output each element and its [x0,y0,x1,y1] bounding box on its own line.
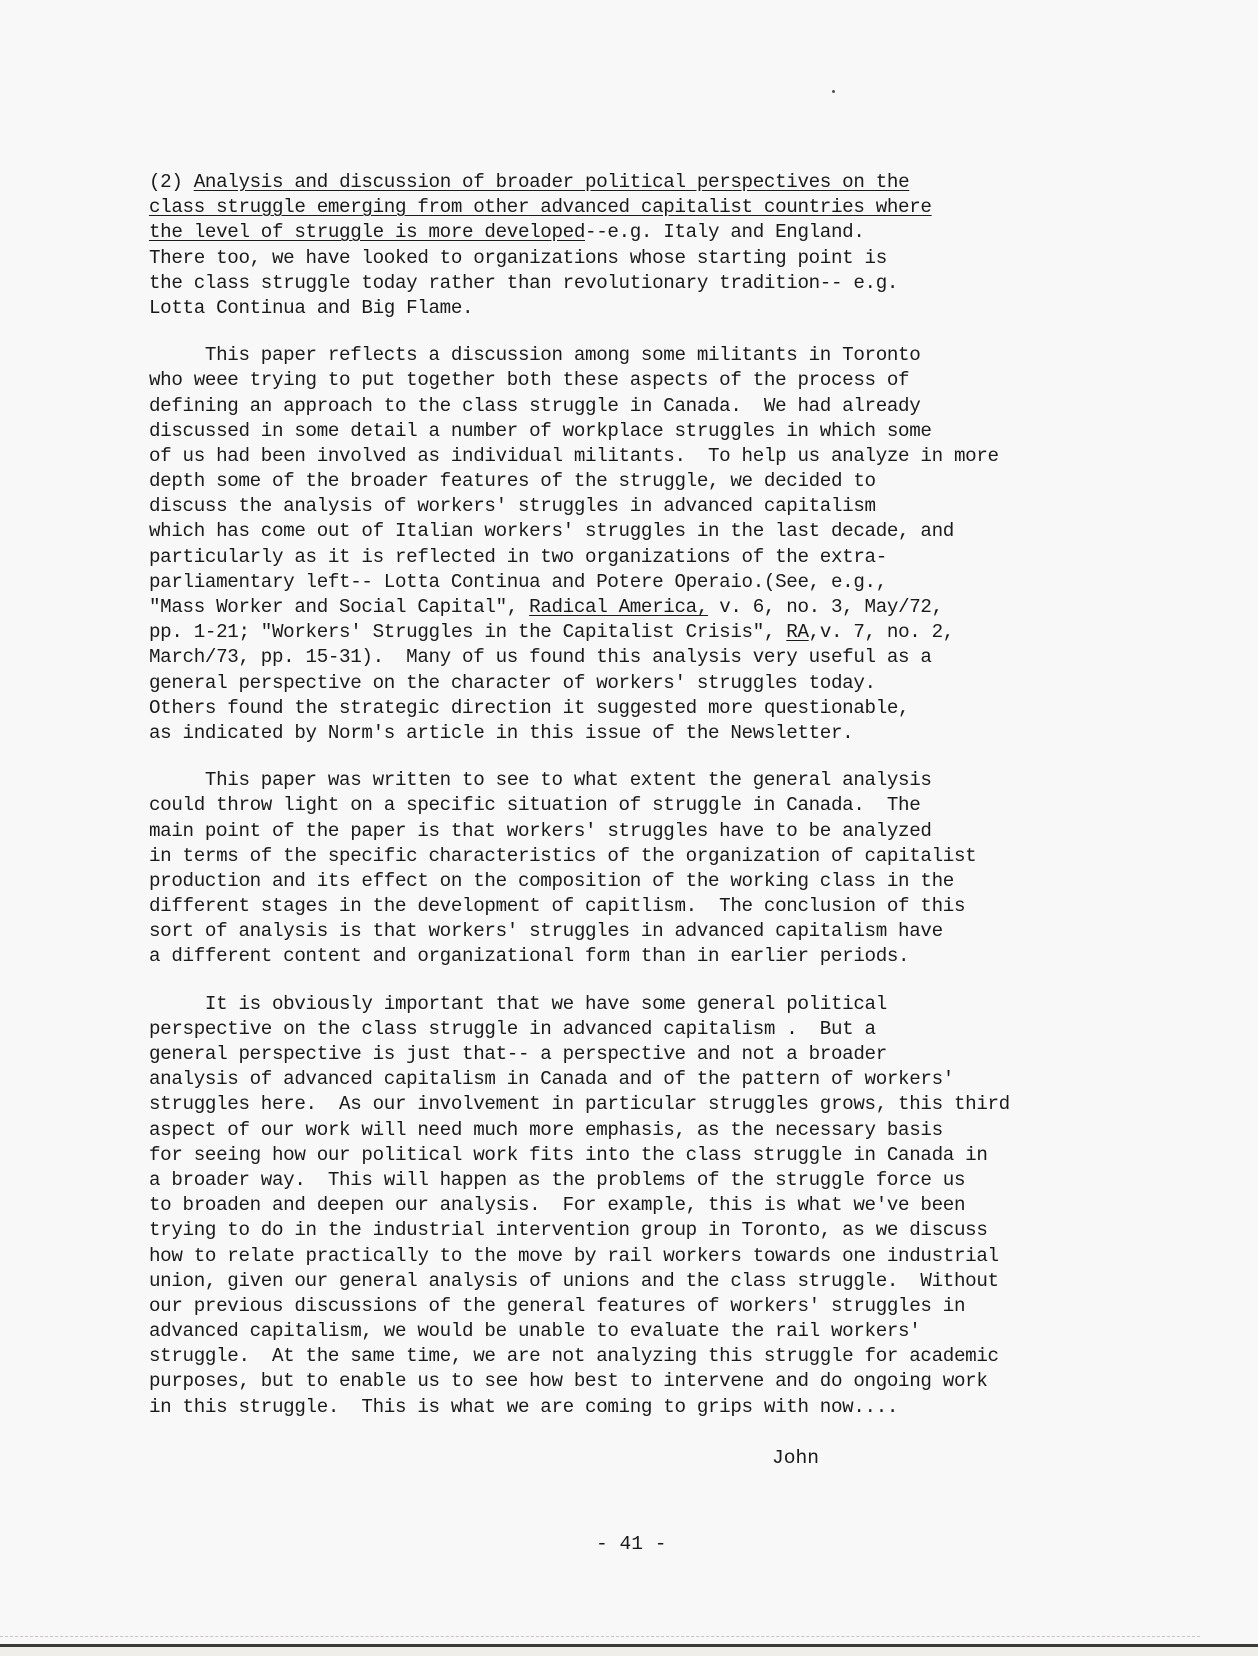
line-text: discuss the analysis of workers' struggl… [149,495,876,517]
paragraph-gap [149,746,1129,768]
line-text: particularly as it is reflected in two o… [149,546,887,568]
text-line: general perspective is just that-- a per… [149,1042,1129,1067]
text-line: advanced capitalism, we would be unable … [149,1319,1129,1344]
line-text: to broaden and deepen our analysis. For … [149,1194,965,1216]
text-line: in this struggle. This is what we are co… [149,1395,1129,1420]
line-text: This paper reflects a discussion among s… [149,344,920,366]
line-text: advanced capitalism, we would be unable … [149,1320,920,1342]
author-signature: John [772,1447,819,1469]
bleed-through-line [0,1636,1200,1637]
paragraph-gap [149,321,1129,343]
text-line: Lotta Continua and Big Flame. [149,296,1129,321]
line-text: perspective on the class struggle in adv… [149,1018,876,1040]
line-text: general perspective is just that-- a per… [149,1043,887,1065]
line-text: March/73, pp. 15-31). Many of us found t… [149,646,932,668]
line-text: as indicated by Norm's article in this i… [149,722,853,744]
text-line: discussed in some detail a number of wor… [149,419,1129,444]
text-line: the class struggle today rather than rev… [149,271,1129,296]
text-line: analysis of advanced capitalism in Canad… [149,1067,1129,1092]
line-text: who weee trying to put together both the… [149,369,909,391]
speck-mark [832,90,835,93]
paragraph: This paper reflects a discussion among s… [149,343,1129,746]
text-line: how to relate practically to the move by… [149,1244,1129,1269]
line-text: how to relate practically to the move by… [149,1245,999,1267]
line-text: pp. 1-21; "Workers' Struggles in the Cap… [149,621,786,643]
line-text: "Mass Worker and Social Capital", [149,596,529,618]
text-line: a different content and organizational f… [149,944,1129,969]
paragraph: This paper was written to see to what ex… [149,768,1129,970]
text-line: in terms of the specific characteristics… [149,844,1129,869]
line-text: a broader way. This will happen as the p… [149,1169,965,1191]
text-line: class struggle emerging from other advan… [149,195,1129,220]
background-below-page [0,1647,1258,1656]
text-line: Others found the strategic direction it … [149,696,1129,721]
text-line: particularly as it is reflected in two o… [149,545,1129,570]
text-line: different stages in the development of c… [149,894,1129,919]
text-line: sort of analysis is that workers' strugg… [149,919,1129,944]
text-line: as indicated by Norm's article in this i… [149,721,1129,746]
line-text: in this struggle. This is what we are co… [149,1396,898,1418]
underlined-text: Analysis and discussion of broader polit… [194,171,910,193]
line-text: which has come out of Italian workers' s… [149,520,954,542]
paragraph: (2) Analysis and discussion of broader p… [149,170,1129,321]
text-line: This paper was written to see to what ex… [149,768,1129,793]
line-text: --e.g. Italy and England. [585,221,865,243]
line-text: sort of analysis is that workers' strugg… [149,920,943,942]
text-line: depth some of the broader features of th… [149,469,1129,494]
text-line: struggle. At the same time, we are not a… [149,1344,1129,1369]
line-text: for seeing how our political work fits i… [149,1144,988,1166]
text-line: who weee trying to put together both the… [149,368,1129,393]
text-line: discuss the analysis of workers' struggl… [149,494,1129,519]
text-line: for seeing how our political work fits i… [149,1143,1129,1168]
line-text: There too, we have looked to organizatio… [149,247,887,269]
text-line: aspect of our work will need much more e… [149,1118,1129,1143]
line-text: main point of the paper is that workers'… [149,820,932,842]
line-text: parliamentary left-- Lotta Continua and … [149,571,887,593]
line-text: our previous discussions of the general … [149,1295,965,1317]
text-line: (2) Analysis and discussion of broader p… [149,170,1129,195]
text-line: general perspective on the character of … [149,671,1129,696]
line-text: purposes, but to enable us to see how be… [149,1370,988,1392]
text-line: of us had been involved as individual mi… [149,444,1129,469]
line-text: the class struggle today rather than rev… [149,272,898,294]
text-line: perspective on the class struggle in adv… [149,1017,1129,1042]
text-line: which has come out of Italian workers' s… [149,519,1129,544]
line-text: struggles here. As our involvement in pa… [149,1093,1010,1115]
line-text: analysis of advanced capitalism in Canad… [149,1068,954,1090]
line-text: trying to do in the industrial intervent… [149,1219,988,1241]
line-text: (2) [149,171,194,193]
underlined-text: Radical America, [529,596,708,618]
text-line: This paper reflects a discussion among s… [149,343,1129,368]
text-line: pp. 1-21; "Workers' Struggles in the Cap… [149,620,1129,645]
line-text: in terms of the specific characteristics… [149,845,976,867]
line-text: could throw light on a specific situatio… [149,794,920,816]
text-line: our previous discussions of the general … [149,1294,1129,1319]
text-line: struggles here. As our involvement in pa… [149,1092,1129,1117]
text-line: There too, we have looked to organizatio… [149,246,1129,271]
line-text: Lotta Continua and Big Flame. [149,297,473,319]
line-text: struggle. At the same time, we are not a… [149,1345,999,1367]
body-text: (2) Analysis and discussion of broader p… [149,170,1129,1420]
underlined-text: the level of struggle is more developed [149,221,585,243]
line-text: defining an approach to the class strugg… [149,395,920,417]
line-text: Others found the strategic direction it … [149,697,909,719]
line-text: depth some of the broader features of th… [149,470,876,492]
text-line: March/73, pp. 15-31). Many of us found t… [149,645,1129,670]
text-line: could throw light on a specific situatio… [149,793,1129,818]
line-text: It is obviously important that we have s… [149,993,887,1015]
page-number: - 41 - [596,1533,667,1555]
line-text: aspect of our work will need much more e… [149,1119,943,1141]
paragraph-gap [149,970,1129,992]
line-text: discussed in some detail a number of wor… [149,420,932,442]
text-line: to broaden and deepen our analysis. For … [149,1193,1129,1218]
text-line: the level of struggle is more developed-… [149,220,1129,245]
text-line: main point of the paper is that workers'… [149,819,1129,844]
text-line: purposes, but to enable us to see how be… [149,1369,1129,1394]
text-line: union, given our general analysis of uni… [149,1269,1129,1294]
line-text: This paper was written to see to what ex… [149,769,932,791]
line-text: ,v. 7, no. 2, [809,621,954,643]
line-text: production and its effect on the composi… [149,870,954,892]
text-line: production and its effect on the composi… [149,869,1129,894]
text-line: a broader way. This will happen as the p… [149,1168,1129,1193]
text-line: It is obviously important that we have s… [149,992,1129,1017]
line-text: union, given our general analysis of uni… [149,1270,999,1292]
text-line: "Mass Worker and Social Capital", Radica… [149,595,1129,620]
line-text: different stages in the development of c… [149,895,965,917]
line-text: a different content and organizational f… [149,945,909,967]
text-line: parliamentary left-- Lotta Continua and … [149,570,1129,595]
line-text: general perspective on the character of … [149,672,876,694]
paragraph: It is obviously important that we have s… [149,992,1129,1420]
text-line: defining an approach to the class strugg… [149,394,1129,419]
underlined-text: RA [786,621,808,643]
line-text: of us had been involved as individual mi… [149,445,999,467]
line-text: v. 6, no. 3, May/72, [708,596,943,618]
underlined-text: class struggle emerging from other advan… [149,196,932,218]
text-line: trying to do in the industrial intervent… [149,1218,1129,1243]
